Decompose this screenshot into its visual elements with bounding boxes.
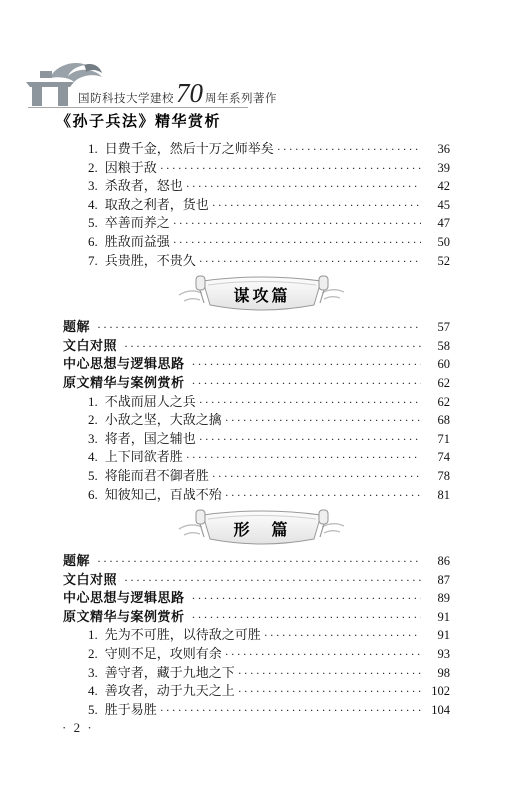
toc-item-title: 上下同欲者胜 <box>105 448 183 467</box>
dot-leader <box>238 664 421 683</box>
dot-leader <box>212 467 421 486</box>
dot-leader <box>264 626 421 645</box>
toc-item-page: 62 <box>426 393 450 412</box>
dot-leader <box>124 571 421 590</box>
toc-row: 题解 57 <box>30 318 450 337</box>
dot-leader <box>192 374 421 393</box>
toc-item-page: 74 <box>426 448 450 467</box>
toc-item-page: 42 <box>426 177 450 196</box>
toc-row: 4. 上下同欲者胜 74 <box>30 448 450 467</box>
toc-item-page: 91 <box>426 626 450 645</box>
toc-row: 1. 不战而屈人之兵 62 <box>30 393 450 412</box>
toc-item-title: 因粮于敌 <box>105 159 157 178</box>
toc-item-title: 题解 <box>63 318 90 337</box>
series-anniversary-number: 70 <box>176 80 203 107</box>
toc-item-title: 取敌之利者，货也 <box>105 196 209 215</box>
toc-item-number: 1. <box>88 140 98 159</box>
toc-item-title: 胜于易胜 <box>105 701 157 720</box>
chapter-banner: 谋攻篇 <box>177 272 347 316</box>
series-title: 国防科技大学建校 70 周年系列著作 <box>78 80 277 107</box>
toc-row: 2. 守则不足，攻则有余 93 <box>30 645 450 664</box>
toc-row: 文白对照 87 <box>30 571 450 590</box>
toc-row: 原文精华与案例赏析 91 <box>30 608 450 627</box>
toc-item-title: 文白对照 <box>63 571 117 590</box>
toc-item-page: 81 <box>426 486 450 505</box>
dot-leader <box>186 448 421 467</box>
toc-item-title: 守则不足，攻则有余 <box>105 645 222 664</box>
toc-row: 6. 胜敌而益强 50 <box>30 233 450 252</box>
toc-item-page: 86 <box>426 552 450 571</box>
toc-item-page: 91 <box>426 608 450 627</box>
toc-item-page: 57 <box>426 318 450 337</box>
toc-item-page: 102 <box>426 682 450 701</box>
toc-item-page: 52 <box>426 252 450 271</box>
toc-item-title: 中心思想与逻辑思路 <box>63 589 185 608</box>
toc-row: 4. 取敌之利者，货也 45 <box>30 196 450 215</box>
toc-item-title: 胜敌而益强 <box>105 233 170 252</box>
series-prefix: 国防科技大学建校 <box>78 90 174 106</box>
dot-leader <box>225 411 421 430</box>
banner-title: 形 篇 <box>177 517 347 540</box>
toc-item-number: 6. <box>88 486 98 505</box>
dot-leader <box>97 318 421 337</box>
toc-item-number: 4. <box>88 196 98 215</box>
toc-item-title: 中心思想与逻辑思路 <box>63 355 185 374</box>
toc-item-title: 题解 <box>63 552 90 571</box>
toc-row: 中心思想与逻辑思路 89 <box>30 589 450 608</box>
toc-item-number: 2. <box>88 411 98 430</box>
book-title: 《孙子兵法》精华赏析 <box>56 110 221 131</box>
toc-item-number: 5. <box>88 467 98 486</box>
toc-row: 6. 知彼知己，百战不殆 81 <box>30 486 450 505</box>
toc-row: 3. 善守者，藏于九地之下 98 <box>30 664 450 683</box>
dot-leader <box>225 645 421 664</box>
dot-leader <box>124 337 421 356</box>
toc-item-page: 93 <box>426 645 450 664</box>
toc-item-page: 68 <box>426 411 450 430</box>
toc-item-number: 1. <box>88 393 98 412</box>
toc-item-title: 小敌之坚，大敌之擒 <box>105 411 222 430</box>
dot-leader <box>160 159 421 178</box>
toc-item-page: 39 <box>426 159 450 178</box>
toc-item-title: 原文精华与案例赏析 <box>63 608 185 627</box>
toc-row: 1. 日费千金，然后十万之师举矣 36 <box>30 140 450 159</box>
dot-leader <box>238 682 421 701</box>
dot-leader <box>186 177 421 196</box>
toc-item-number: 3. <box>88 664 98 683</box>
toc-item-title: 杀敌者，怒也 <box>105 177 183 196</box>
toc-item-number: 3. <box>88 430 98 449</box>
page-number: · 2 · <box>62 720 94 736</box>
toc-item-number: 4. <box>88 682 98 701</box>
toc-item-title: 将者，国之辅也 <box>105 430 196 449</box>
dot-leader <box>277 140 421 159</box>
toc-item-title: 日费千金，然后十万之师举矣 <box>105 140 274 159</box>
toc-item-title: 善攻者，动于九天之上 <box>105 682 235 701</box>
dot-leader <box>225 486 421 505</box>
dot-leader <box>199 430 421 449</box>
toc-row: 7. 兵贵胜，不贵久 52 <box>30 252 450 271</box>
toc-row: 2. 小敌之坚，大敌之擒 68 <box>30 411 450 430</box>
toc-item-number: 5. <box>88 214 98 233</box>
toc-row: 2. 因粮于敌 39 <box>30 159 450 178</box>
toc-item-number: 7. <box>88 252 98 271</box>
toc-item-page: 58 <box>426 337 450 356</box>
toc-item-page: 60 <box>426 355 450 374</box>
toc-item-page: 78 <box>426 467 450 486</box>
dot-leader <box>199 252 421 271</box>
toc-item-title: 将能而君不御者胜 <box>105 467 209 486</box>
header-rule <box>28 107 248 108</box>
toc-row: 题解 86 <box>30 552 450 571</box>
table-of-contents: 1. 日费千金，然后十万之师举矣 36 2. 因粮于敌 39 3. 杀敌者，怒也… <box>30 140 450 719</box>
dot-leader <box>192 608 421 627</box>
dot-leader <box>173 233 421 252</box>
toc-item-title: 卒善而养之 <box>105 214 170 233</box>
book-toc-page: 国防科技大学建校 70 周年系列著作 《孙子兵法》精华赏析 1. 日费千金，然后… <box>0 0 510 800</box>
toc-item-title: 兵贵胜，不贵久 <box>105 252 196 271</box>
dot-leader <box>192 355 421 374</box>
toc-item-title: 善守者，藏于九地之下 <box>105 664 235 683</box>
toc-item-title: 不战而屈人之兵 <box>105 393 196 412</box>
toc-item-title: 文白对照 <box>63 337 117 356</box>
toc-row: 3. 杀敌者，怒也 42 <box>30 177 450 196</box>
toc-row: 1. 先为不可胜，以待敌之可胜 91 <box>30 626 450 645</box>
toc-item-page: 104 <box>426 701 450 720</box>
dot-leader <box>97 552 421 571</box>
toc-item-title: 原文精华与案例赏析 <box>63 374 185 393</box>
toc-item-page: 98 <box>426 664 450 683</box>
toc-row: 中心思想与逻辑思路 60 <box>30 355 450 374</box>
toc-item-page: 71 <box>426 430 450 449</box>
toc-item-title: 先为不可胜，以待敌之可胜 <box>105 626 261 645</box>
toc-item-title: 知彼知己，百战不殆 <box>105 486 222 505</box>
toc-item-number: 6. <box>88 233 98 252</box>
toc-item-page: 45 <box>426 196 450 215</box>
dot-leader <box>173 214 421 233</box>
toc-item-number: 2. <box>88 159 98 178</box>
toc-item-number: 3. <box>88 177 98 196</box>
chapter-banner: 形 篇 <box>177 506 347 550</box>
series-suffix: 周年系列著作 <box>205 90 277 106</box>
toc-item-page: 47 <box>426 214 450 233</box>
toc-row: 3. 将者，国之辅也 71 <box>30 430 450 449</box>
toc-row: 文白对照 58 <box>30 337 450 356</box>
toc-item-page: 36 <box>426 140 450 159</box>
dot-leader <box>192 589 421 608</box>
banner-title: 谋攻篇 <box>177 283 347 306</box>
toc-row: 4. 善攻者，动于九天之上 102 <box>30 682 450 701</box>
toc-item-number: 5. <box>88 701 98 720</box>
dot-leader <box>199 393 421 412</box>
toc-row: 5. 胜于易胜 104 <box>30 701 450 720</box>
toc-row: 原文精华与案例赏析 62 <box>30 374 450 393</box>
toc-item-page: 87 <box>426 571 450 590</box>
dot-leader <box>212 196 421 215</box>
toc-item-page: 62 <box>426 374 450 393</box>
toc-item-number: 4. <box>88 448 98 467</box>
toc-item-page: 89 <box>426 589 450 608</box>
toc-item-page: 50 <box>426 233 450 252</box>
toc-item-number: 1. <box>88 626 98 645</box>
toc-row: 5. 卒善而养之 47 <box>30 214 450 233</box>
toc-item-number: 2. <box>88 645 98 664</box>
toc-row: 5. 将能而君不御者胜 78 <box>30 467 450 486</box>
dot-leader <box>160 701 421 720</box>
